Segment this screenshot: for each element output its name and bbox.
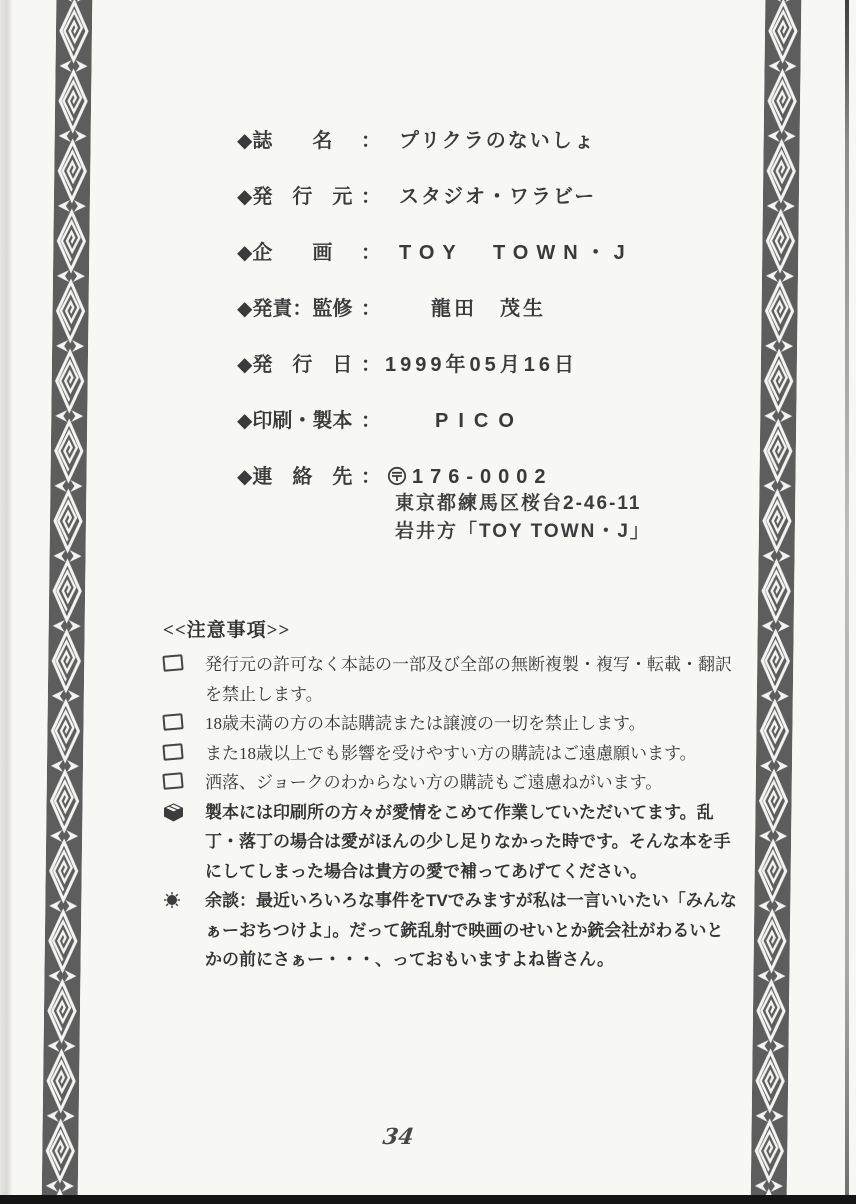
- colophon-colon: ：: [361, 124, 381, 153]
- colophon-row-title: ◆誌 名：プリクラのないしょ: [237, 124, 651, 180]
- contact-address-line1: 東京都練馬区桜台2-46-11: [395, 490, 651, 518]
- colophon-label: ◆連 絡 先: [237, 460, 359, 489]
- notice-item: 余談：最近いろいろな事件をTVでみますが私は一言いいたい「みんなぁーおちつけよ」…: [163, 886, 738, 975]
- book-cube-icon: [163, 798, 205, 827]
- checkbox-icon: [163, 739, 205, 765]
- colophon-colon: ：: [361, 236, 381, 265]
- notice-item: 18歳未満の方の本誌購読または譲渡の一切を禁止します。: [163, 709, 738, 739]
- colophon-section: ◆誌 名：プリクラのないしょ ◆発 行 元：スタジオ・ワラビー ◆企 画：TOY…: [237, 124, 651, 546]
- postal-mark-icon: [387, 466, 407, 492]
- colophon-colon: ：: [361, 180, 381, 209]
- colophon-value: プリクラのないしょ: [399, 124, 596, 153]
- colophon-row-planning: ◆企 画：TOY TOWN・J: [237, 236, 651, 292]
- decorative-border-left: [42, 0, 93, 1204]
- colophon-value: TOY TOWN・J: [399, 236, 633, 265]
- notice-item: 洒落、ジョークのわからない方の購読もご遠慮ねがいます。: [163, 768, 738, 798]
- colophon-colon: ：: [361, 460, 381, 489]
- notice-text: 発行元の許可なく本誌の一部及び全部の無断複製・複写・転載・翻訳を禁止します。: [205, 650, 738, 709]
- colophon-label: ◆誌 名: [237, 124, 359, 153]
- colophon-value: 176-0002: [412, 466, 553, 489]
- colophon-value: 1999年05月16日: [385, 348, 578, 377]
- colophon-row-printer: ◆印刷・製本：PICO: [237, 404, 651, 460]
- notice-text: また18歳以上でも影響を受けやすい方の購読はご遠慮願います。: [205, 739, 738, 769]
- notice-item: また18歳以上でも影響を受けやすい方の購読はご遠慮願います。: [163, 739, 738, 769]
- contact-address: 東京都練馬区桜台2-46-11 岩井方「TOY TOWN・J」: [395, 490, 651, 546]
- notice-section: <<注意事項>> 発行元の許可なく本誌の一部及び全部の無断複製・複写・転載・翻訳…: [163, 615, 738, 975]
- colophon-label: ◆発責：監修: [237, 292, 359, 321]
- colophon-row-publisher: ◆発 行 元：スタジオ・ワラビー: [237, 180, 651, 236]
- notice-text: 余談：最近いろいろな事件をTVでみますが私は一言いいたい「みんなぁーおちつけよ」…: [205, 886, 738, 975]
- notice-text: 18歳未満の方の本誌購読または譲渡の一切を禁止します。: [205, 709, 738, 739]
- colophon-value: スタジオ・ワラビー: [399, 180, 596, 209]
- right-scan-edge-line: [845, 0, 849, 1204]
- decorative-border-right: [751, 0, 802, 1204]
- aside-dot-icon: [163, 886, 205, 914]
- notice-header: <<注意事項>>: [163, 615, 738, 642]
- colophon-label: ◆印刷・製本: [237, 404, 359, 433]
- notice-item: 発行元の許可なく本誌の一部及び全部の無断複製・複写・転載・翻訳を禁止します。: [163, 650, 738, 709]
- contact-address-line2: 岩井方「TOY TOWN・J」: [395, 518, 651, 546]
- colophon-value: PICO: [435, 410, 524, 433]
- bottom-edge-bar: [0, 1195, 856, 1204]
- colophon-colon: ：: [361, 348, 381, 377]
- colophon-row-issue-date: ◆発 行 日：1999年05月16日: [237, 348, 651, 404]
- colophon-label: ◆企 画: [237, 236, 359, 265]
- notice-text: 製本には印刷所の方々が愛情をこめて作業していただいてます。乱丁・落丁の場合は愛が…: [205, 798, 738, 887]
- notice-item: 製本には印刷所の方々が愛情をこめて作業していただいてます。乱丁・落丁の場合は愛が…: [163, 798, 738, 887]
- checkbox-icon: [163, 650, 205, 676]
- colophon-colon: ：: [361, 404, 381, 433]
- scanned-doujin-colophon-page: ◆誌 名：プリクラのないしょ ◆発 行 元：スタジオ・ワラビー ◆企 画：TOY…: [0, 0, 856, 1204]
- notice-text: 洒落、ジョークのわからない方の購読もご遠慮ねがいます。: [205, 768, 738, 798]
- left-scan-edge-shadow: [0, 0, 12, 1204]
- colophon-colon: ：: [361, 292, 381, 321]
- colophon-value: 龍田 茂生: [431, 292, 546, 321]
- colophon-label: ◆発 行 元: [237, 180, 359, 209]
- checkbox-icon: [163, 768, 205, 794]
- page-number: 34: [381, 1124, 415, 1150]
- colophon-row-supervisor: ◆発責：監修：龍田 茂生: [237, 292, 651, 348]
- checkbox-icon: [163, 709, 205, 735]
- colophon-label: ◆発 行 日: [237, 348, 359, 377]
